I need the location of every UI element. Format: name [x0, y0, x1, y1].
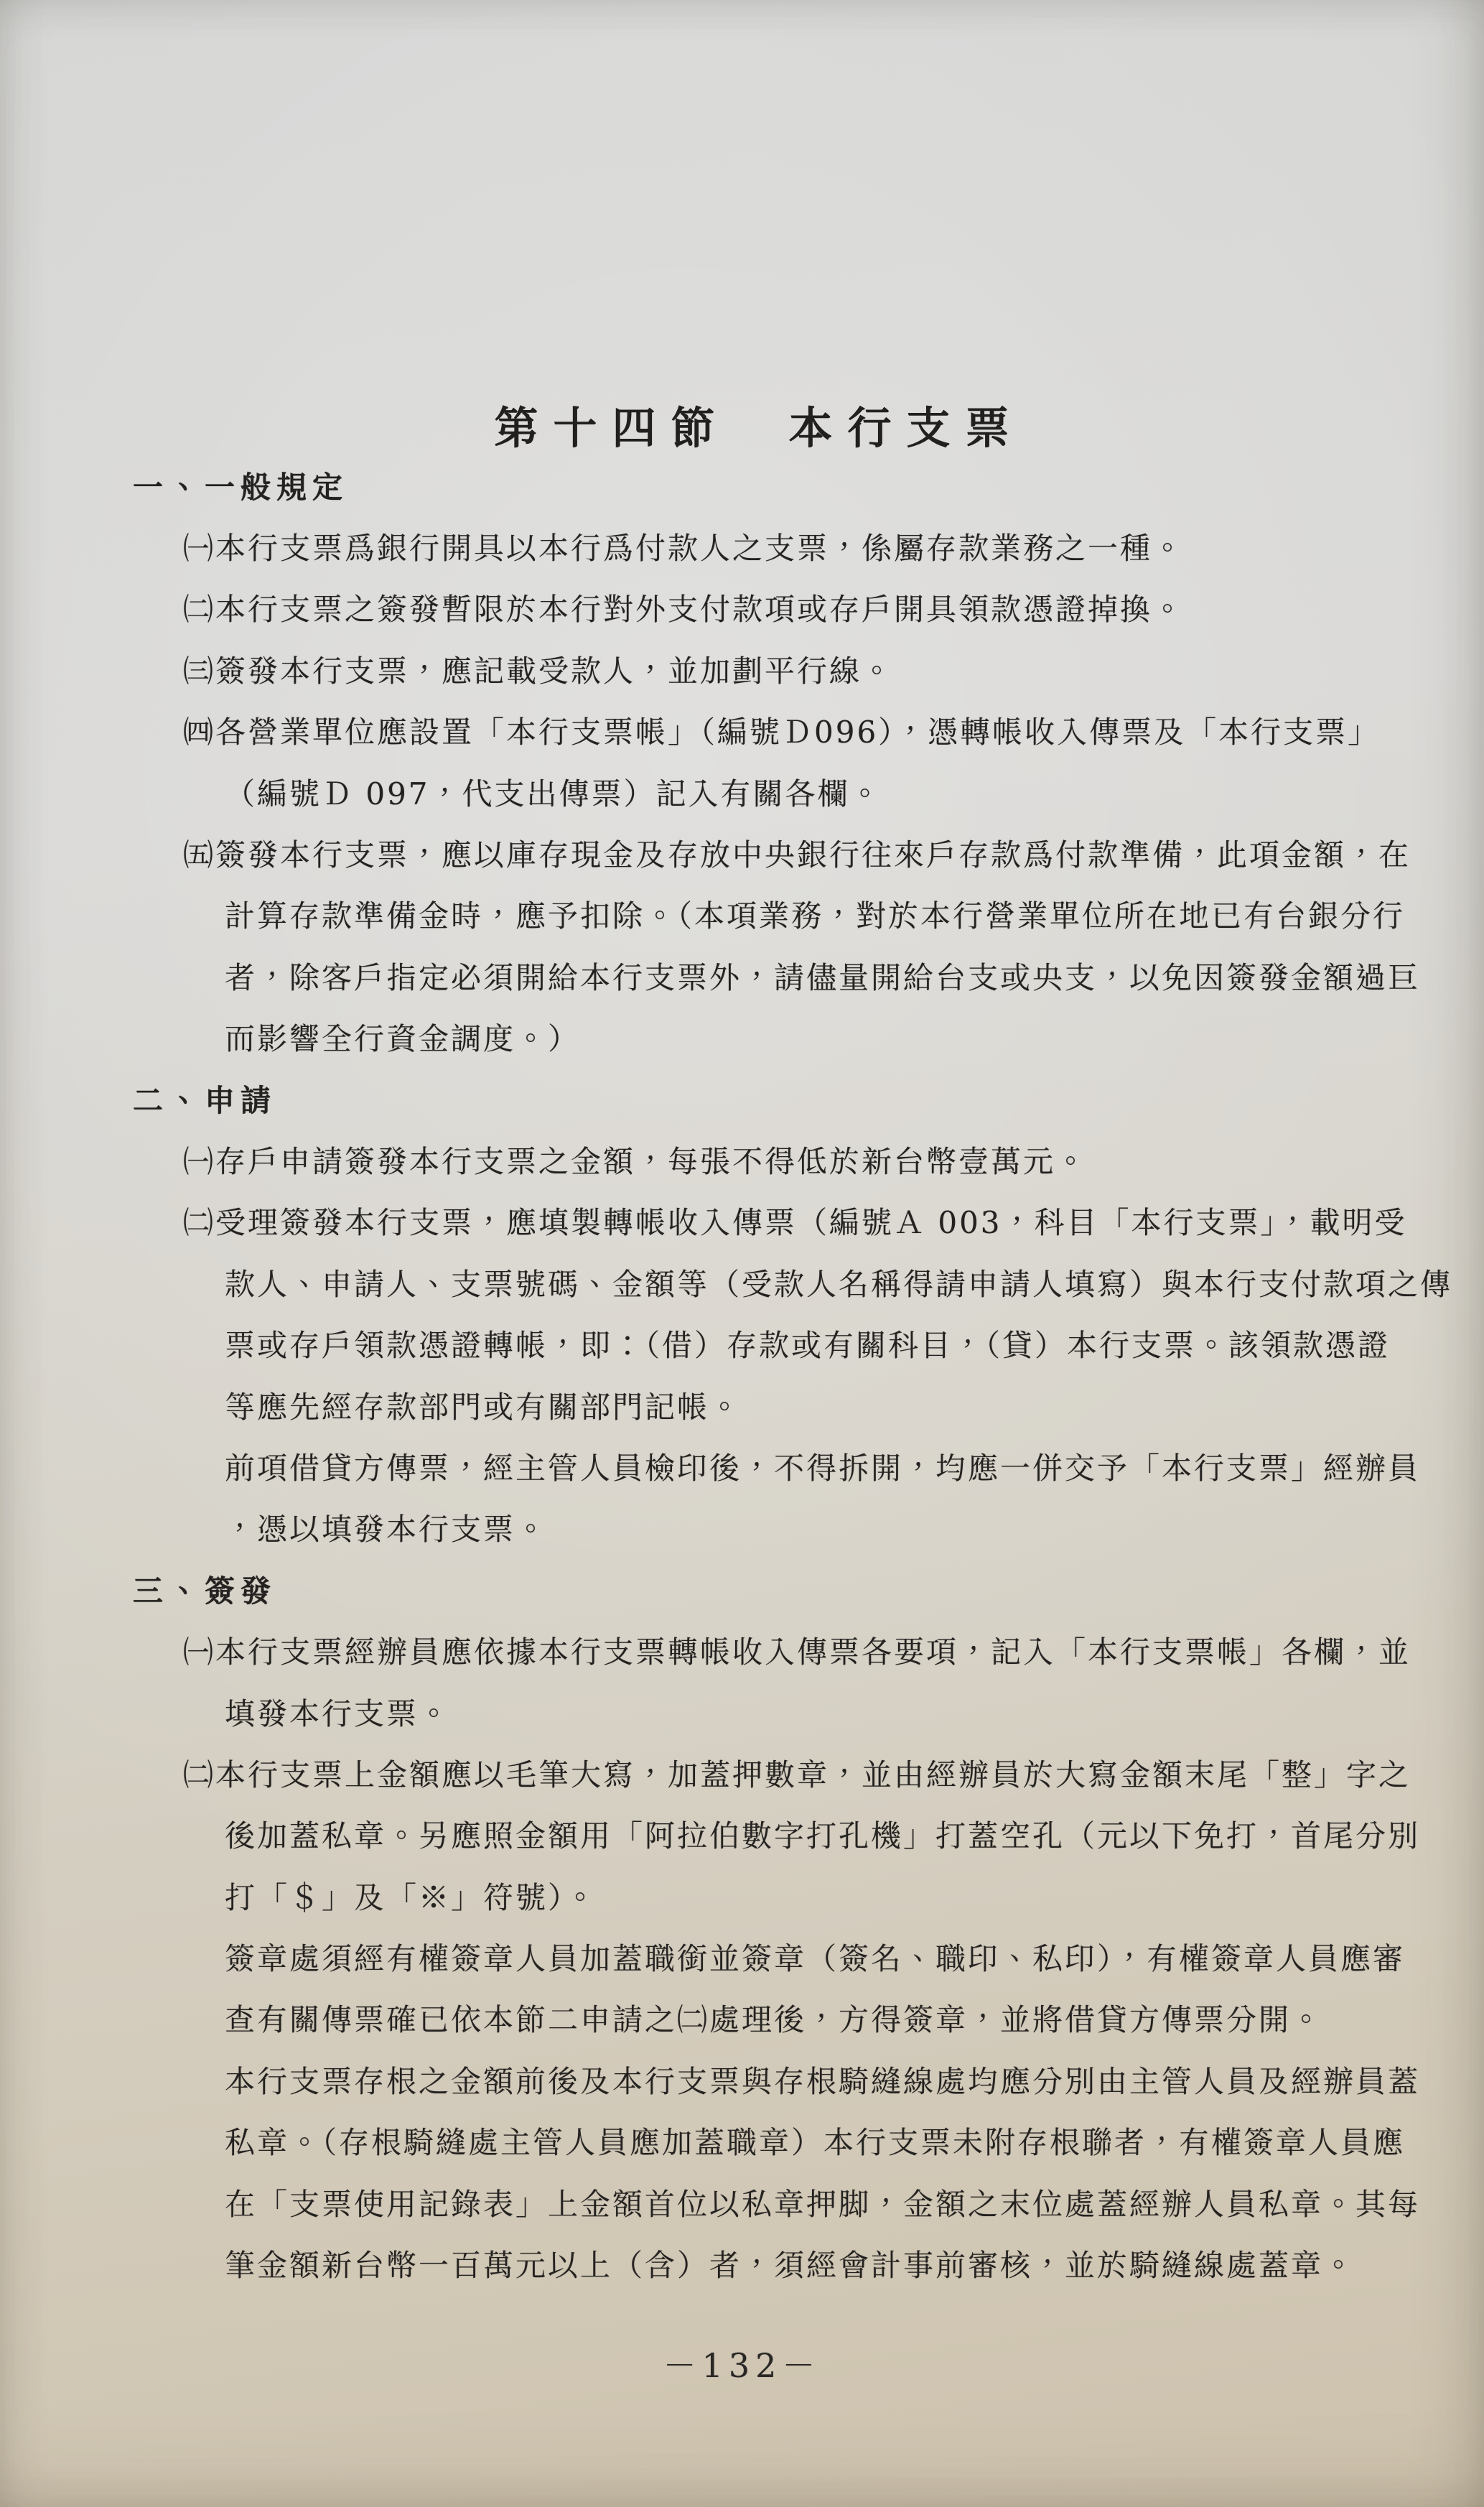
text-line: 計算存款準備金時，應予扣除。（本項業務，對於本行營業單位所在地已有台銀分行	[225, 884, 1441, 945]
text-line: 三、簽發	[133, 1558, 1441, 1619]
page-title: 第十四節 本行支票	[17, 394, 1484, 456]
text-line: 打「＄」及「※」符號）。	[225, 1865, 1441, 1926]
text-line: ㈢簽發本行支票，應記載受款人，並加劃平行線。	[183, 638, 1441, 699]
text-line: 簽章處須經有權簽章人員加蓋職銜並簽章（簽名、職印、私印），有權簽章人員應審	[225, 1926, 1441, 1987]
text-line: （編號Ｄ 097，代支出傳票）記入有關各欄。	[225, 761, 1441, 822]
text-line: ㈠本行支票經辦員應依據本行支票轉帳收入傳票各要項，記入「本行支票帳」各欄，並	[183, 1619, 1441, 1680]
text-line: 前項借貸方傳票，經主管人員檢印後，不得拆開，均應一併交予「本行支票」經辦員	[225, 1436, 1441, 1497]
text-line: 私章。（存根騎縫處主管人員應加蓋職章）本行支票未附存根聯者，有權簽章人員應	[225, 2111, 1441, 2172]
text-line: ㈠存戶申請簽發本行支票之金額，每張不得低於新台幣壹萬元。	[183, 1129, 1441, 1190]
text-line: 款人、申請人、支票號碼、金額等（受款人名稱得請申請人填寫）與本行支付款項之傳	[225, 1252, 1441, 1313]
text-line: ㈡受理簽發本行支票，應填製轉帳收入傳票（編號Ａ 003，科目「本行支票」，載明受	[183, 1191, 1441, 1252]
text-line: ㈡本行支票上金額應以毛筆大寫，加蓋押數章，並由經辦員於大寫金額末尾「整」字之	[183, 1742, 1441, 1803]
text-line: 等應先經存款部門或有關部門記帳。	[225, 1375, 1441, 1436]
text-line: 者，除客戶指定必須開給本行支票外，請儘量開給台支或央支，以免因簽發金額過巨	[225, 945, 1441, 1006]
text-line: 後加蓋私章。另應照金額用「阿拉伯數字打孔機」打蓋空孔（元以下免打，首尾分別	[225, 1804, 1441, 1865]
scanned-page: 第十四節 本行支票 一、一般規定㈠本行支票爲銀行開具以本行爲付款人之支票，係屬存…	[0, 0, 1484, 2507]
page-number: －132－	[0, 2340, 1484, 2387]
text-line: 而影響全行資金調度。）	[225, 1007, 1441, 1068]
text-line: 本行支票存根之金額前後及本行支票與存根騎縫線處均應分別由主管人員及經辦員蓋	[225, 2049, 1441, 2110]
text-line: ㈠本行支票爲銀行開具以本行爲付款人之支票，係屬存款業務之一種。	[183, 516, 1441, 577]
text-line: 票或存戶領款憑證轉帳，即：（借）存款或有關科目，（貸）本行支票。該領款憑證	[225, 1313, 1441, 1374]
text-line: ㈣各營業單位應設置「本行支票帳」（編號Ｄ096），憑轉帳收入傳票及「本行支票」	[183, 700, 1441, 761]
text-line: ㈡本行支票之簽發暫限於本行對外支付款項或存戶開具領款憑證掉換。	[183, 577, 1441, 638]
text-line: 一、一般規定	[133, 455, 1441, 516]
document-body: 一、一般規定㈠本行支票爲銀行開具以本行爲付款人之支票，係屬存款業務之一種。㈡本行…	[133, 455, 1441, 2294]
text-line: 填發本行支票。	[225, 1681, 1441, 1742]
text-line: 查有關傳票確已依本節二申請之㈡處理後，方得簽章，並將借貸方傳票分開。	[225, 1988, 1441, 2049]
text-line: 二、申請	[133, 1068, 1441, 1129]
text-line: 在「支票使用記錄表」上金額首位以私章押脚，金額之末位處蓋經辦人員私章。其每	[225, 2172, 1441, 2233]
text-line: 筆金額新台幣一百萬元以上（含）者，須經會計事前審核，並於騎縫線處蓋章。	[225, 2233, 1441, 2294]
text-line: ㈤簽發本行支票，應以庫存現金及存放中央銀行往來戶存款爲付款準備，此項金額，在	[183, 822, 1441, 883]
text-line: ，憑以填發本行支票。	[225, 1497, 1441, 1558]
